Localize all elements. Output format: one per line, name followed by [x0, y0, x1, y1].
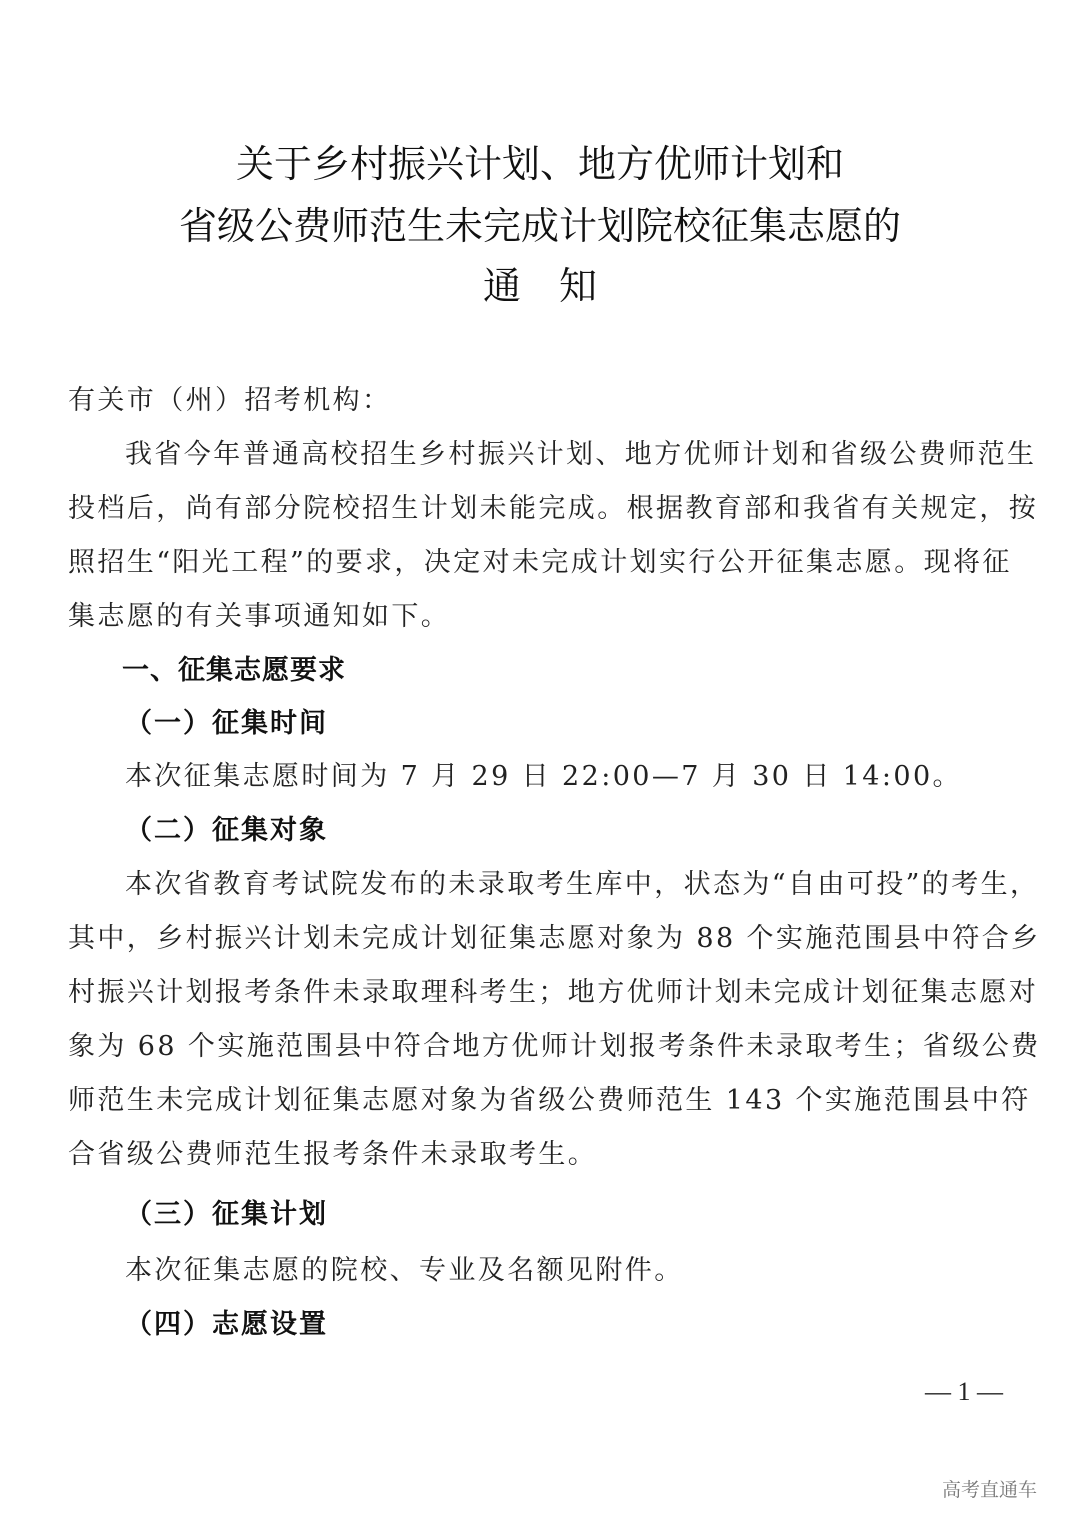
subsection-heading-target: （二）征集对象 [125, 814, 328, 848]
subsection-heading-plan: （三）征集计划 [125, 1198, 328, 1232]
subsection-heading-time: （一）征集时间 [125, 707, 328, 741]
body-line: 本次征集志愿的院校、专业及名额见附件。 [125, 1254, 1075, 1288]
intro-line: 集志愿的有关事项通知如下。 [68, 600, 1018, 634]
document-page: 关于乡村振兴计划、地方优师计划和 省级公费师范生未完成计划院校征集志愿的 通 知… [0, 0, 1080, 1527]
intro-line: 照招生“阳光工程”的要求，决定对未完成计划实行公开征集志愿。现将征 [68, 546, 1018, 580]
section-heading-1: 一、征集志愿要求 [122, 654, 346, 688]
body-line: 村振兴计划报考条件未录取理科考生；地方优师计划未完成计划征集志愿对 [68, 976, 1018, 1010]
body-line: 本次省教育考试院发布的未录取考生库中，状态为“自由可投”的考生， [125, 868, 1075, 902]
watermark: 高考直通车 [942, 1475, 1037, 1502]
intro-line: 我省今年普通高校招生乡村振兴计划、地方优师计划和省级公费师范生 [125, 438, 1075, 472]
body-line: 象为 68 个实施范围县中符合地方优师计划报考条件未录取考生；省级公费 [68, 1030, 1018, 1064]
subsection-heading-settings: （四）志愿设置 [125, 1308, 328, 1342]
document-title-line-3: 通 知 [0, 264, 1080, 308]
body-line: 师范生未完成计划征集志愿对象为省级公费师范生 143 个实施范围县中符 [68, 1084, 1018, 1118]
document-title-line-1: 关于乡村振兴计划、地方优师计划和 [0, 142, 1080, 186]
body-line: 本次征集志愿时间为 7 月 29 日 22:00—7 月 30 日 14:00。 [125, 760, 1075, 794]
document-title-line-2: 省级公费师范生未完成计划院校征集志愿的 [0, 204, 1080, 248]
body-line: 合省级公费师范生报考条件未录取考生。 [68, 1138, 1018, 1172]
intro-line: 投档后，尚有部分院校招生计划未能完成。根据教育部和我省有关规定，按 [68, 492, 1018, 526]
page-number: — 1 — [925, 1377, 1003, 1407]
body-line: 其中，乡村振兴计划未完成计划征集志愿对象为 88 个实施范围县中符合乡 [68, 922, 1018, 956]
salutation: 有关市（州）招考机构： [68, 384, 1018, 418]
